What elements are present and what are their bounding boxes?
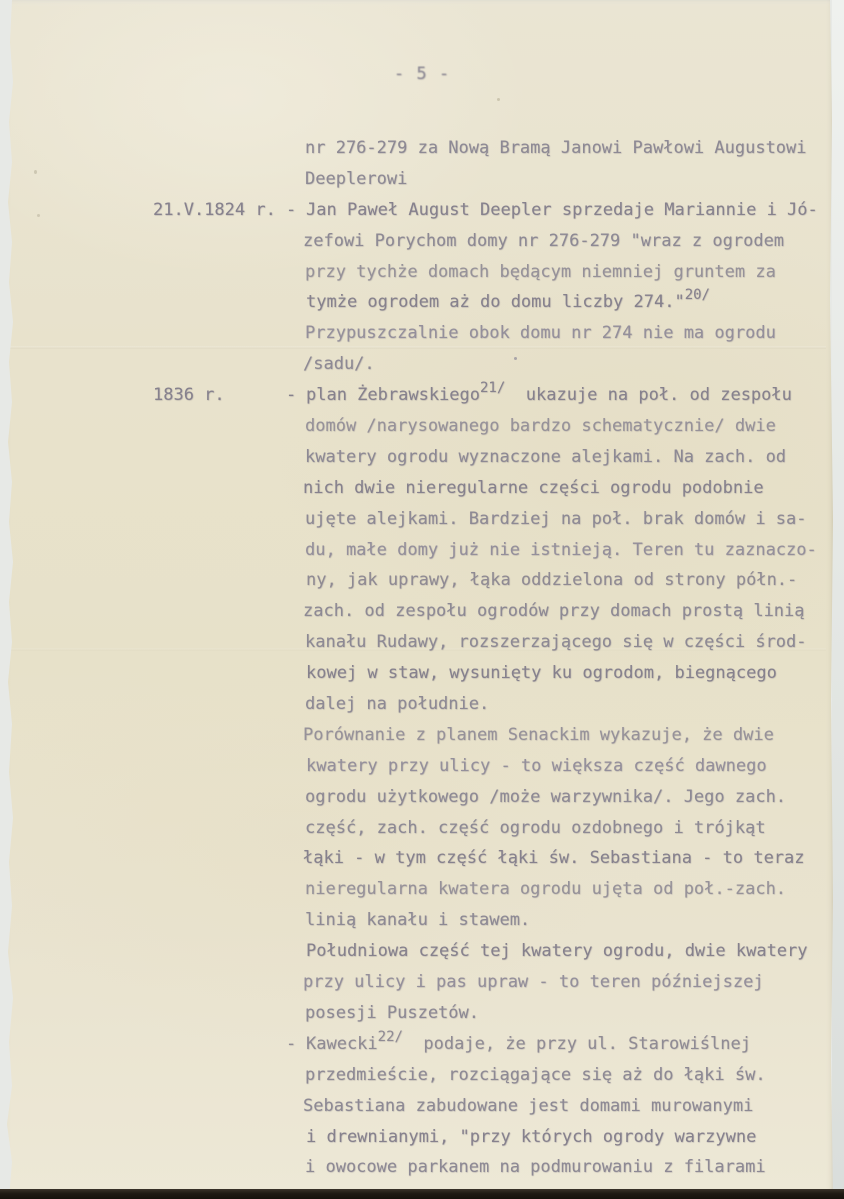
text-segment: kwatery przy ulicy - to większa część da…: [306, 756, 767, 776]
text-segment: Południowa część tej kwatery ogrodu, dwi…: [306, 941, 808, 961]
typed-line: domów /narysowanego bardzo schematycznie…: [305, 411, 830, 442]
typed-line: /sadu/.: [303, 349, 830, 380]
text-segment: nr 276-279 za Nową Bramą Janowi Pawłowi …: [305, 138, 807, 158]
text-segment: podaje, że przy ul. Starowiślnej: [403, 1034, 751, 1054]
typed-line: nieregularna kwatera ogrodu ujęta od poł…: [305, 874, 830, 905]
text-segment: dalej na południe.: [305, 694, 489, 714]
text-segment: Porównanie z planem Senackim wykazuje, ż…: [303, 725, 774, 745]
typed-line: i owocowe parkanem na podmurowaniu z fil…: [305, 1152, 830, 1183]
typed-line: dalej na południe.: [305, 689, 830, 720]
typed-line: Sebastiana zabudowane jest domami murowa…: [303, 1091, 830, 1122]
text-segment: zefowi Porychom domy nr 276-279 "wraz z …: [303, 231, 784, 251]
typed-line: linią kanału i stawem.: [305, 905, 830, 936]
list-dash: -: [286, 1029, 296, 1060]
text-segment: część, zach. część ogrodu ozdobnego i tr…: [305, 818, 766, 838]
footnote-ref: 20/: [685, 287, 710, 303]
text-segment: tymże ogrodem aż do domu liczby 274.": [306, 292, 685, 312]
text-segment: i owocowe parkanem na podmurowaniu z fil…: [305, 1157, 766, 1177]
typed-line: przy tychże domach będącym niemniej grun…: [305, 257, 830, 288]
typed-line: przy ulicy i pas upraw - to teren późnie…: [303, 967, 830, 998]
paper-speck: [37, 214, 40, 217]
typed-line: i drewnianymi, "przy których ogrody warz…: [306, 1122, 830, 1153]
typed-line: posesji Puszetów.: [305, 998, 830, 1029]
text-segment: Przypuszczalnie obok domu nr 274 nie ma …: [305, 323, 776, 343]
text-segment: ogrodu użytkowego /może warzywnika/. Jeg…: [305, 787, 786, 807]
paper-speck: [34, 170, 37, 174]
typed-line: 1836 r.-plan Żebrawskiego21/ ukazuje na …: [306, 380, 830, 411]
text-segment: kwatery ogrodu wyznaczone alejkami. Na z…: [305, 447, 786, 467]
typed-line: kanału Rudawy, rozszerzającego się w czę…: [305, 627, 830, 658]
text-segment: linią kanału i stawem.: [305, 910, 530, 930]
typed-line: kwatery przy ulicy - to większa część da…: [306, 751, 830, 782]
typed-line: 21.V.1824 r.-Jan Paweł August Deepler sp…: [306, 195, 830, 226]
text-segment: Deeplerowi: [305, 169, 407, 189]
typed-line: ogrodu użytkowego /może warzywnika/. Jeg…: [305, 782, 830, 813]
typed-line: Porównanie z planem Senackim wykazuje, ż…: [303, 720, 830, 751]
typed-line: przedmieście, rozciągające się aż do łąk…: [305, 1060, 830, 1091]
typed-line: kowej w staw, wysunięty ku ogrodom, bieg…: [306, 658, 830, 689]
text-segment: Sebastiana zabudowane jest domami murowa…: [303, 1096, 753, 1116]
text-segment: i drewnianymi, "przy których ogrody warz…: [306, 1127, 756, 1147]
typed-line: tymże ogrodem aż do domu liczby 274."20/: [306, 287, 830, 318]
typed-line: nich dwie nieregularne części ogrodu pod…: [303, 473, 830, 504]
list-dash: -: [286, 380, 296, 411]
text-segment: ukazuje na poł. od zespołu: [505, 385, 792, 405]
date-label: 1836 r.: [153, 380, 225, 411]
date-label: 21.V.1824 r.: [153, 195, 276, 226]
text-segment: przedmieście, rozciągające się aż do łąk…: [305, 1065, 766, 1085]
text-segment: zach. od zespołu ogrodów przy domach pro…: [303, 601, 805, 621]
typed-line: łąki - w tym część łąki św. Sebastiana -…: [303, 843, 830, 874]
typed-line: Południowa część tej kwatery ogrodu, dwi…: [306, 936, 830, 967]
scanned-page: - 5 - nr 276-279 za Nową Bramą Janowi Pa…: [0, 0, 844, 1199]
typed-line: ujęte alejkami. Bardziej na poł. brak do…: [305, 504, 830, 535]
list-dash: -: [286, 195, 296, 226]
text-segment: nieregularna kwatera ogrodu ujęta od poł…: [305, 879, 786, 899]
text-segment: domów /narysowanego bardzo schematycznie…: [305, 416, 776, 436]
text-segment: przy ulicy i pas upraw - to teren późnie…: [303, 972, 764, 992]
typed-line: nr 276-279 za Nową Bramą Janowi Pawłowi …: [305, 133, 830, 164]
text-segment: Jan Paweł August Deepler sprzedaje Maria…: [306, 200, 818, 220]
paper-speck: [497, 98, 500, 101]
typed-line: Przypuszczalnie obok domu nr 274 nie ma …: [305, 318, 830, 349]
page-number: - 5 -: [12, 64, 832, 84]
typed-line: kwatery ogrodu wyznaczone alejkami. Na z…: [305, 442, 830, 473]
paper-speck: [514, 357, 517, 360]
text-segment: kowej w staw, wysunięty ku ogrodom, bieg…: [306, 663, 777, 683]
scanner-background-bottom: [0, 1189, 844, 1199]
scanner-background-right: [832, 0, 844, 1199]
typed-line: część, zach. część ogrodu ozdobnego i tr…: [305, 813, 830, 844]
text-segment: /sadu/.: [303, 354, 375, 374]
typed-line: Deeplerowi: [305, 164, 830, 195]
typed-line: -Kawecki22/ podaje, że przy ul. Starowiś…: [306, 1029, 830, 1060]
footnote-ref: 21/: [480, 380, 505, 396]
typed-text: nr 276-279 za Nową Bramą Janowi Pawłowi …: [305, 133, 830, 1183]
text-segment: posesji Puszetów.: [305, 1003, 479, 1023]
text-segment: Kawecki: [306, 1034, 378, 1054]
text-segment: ujęte alejkami. Bardziej na poł. brak do…: [305, 509, 807, 529]
text-segment: plan Żebrawskiego: [306, 385, 480, 405]
typed-line: zefowi Porychom domy nr 276-279 "wraz z …: [303, 226, 830, 257]
typed-line: ny, jak uprawy, łąka oddzielona od stron…: [306, 565, 830, 596]
typed-line: zach. od zespołu ogrodów przy domach pro…: [303, 596, 830, 627]
text-segment: ny, jak uprawy, łąka oddzielona od stron…: [306, 570, 797, 590]
text-segment: kanału Rudawy, rozszerzającego się w czę…: [305, 632, 807, 652]
text-segment: łąki - w tym część łąki św. Sebastiana -…: [303, 848, 805, 868]
text-segment: du, małe domy już nie istnieją. Teren tu…: [305, 540, 817, 560]
text-segment: nich dwie nieregularne części ogrodu pod…: [303, 478, 764, 498]
footnote-ref: 22/: [378, 1029, 403, 1045]
text-segment: przy tychże domach będącym niemniej grun…: [305, 262, 776, 282]
typed-line: du, małe domy już nie istnieją. Teren tu…: [305, 535, 830, 566]
